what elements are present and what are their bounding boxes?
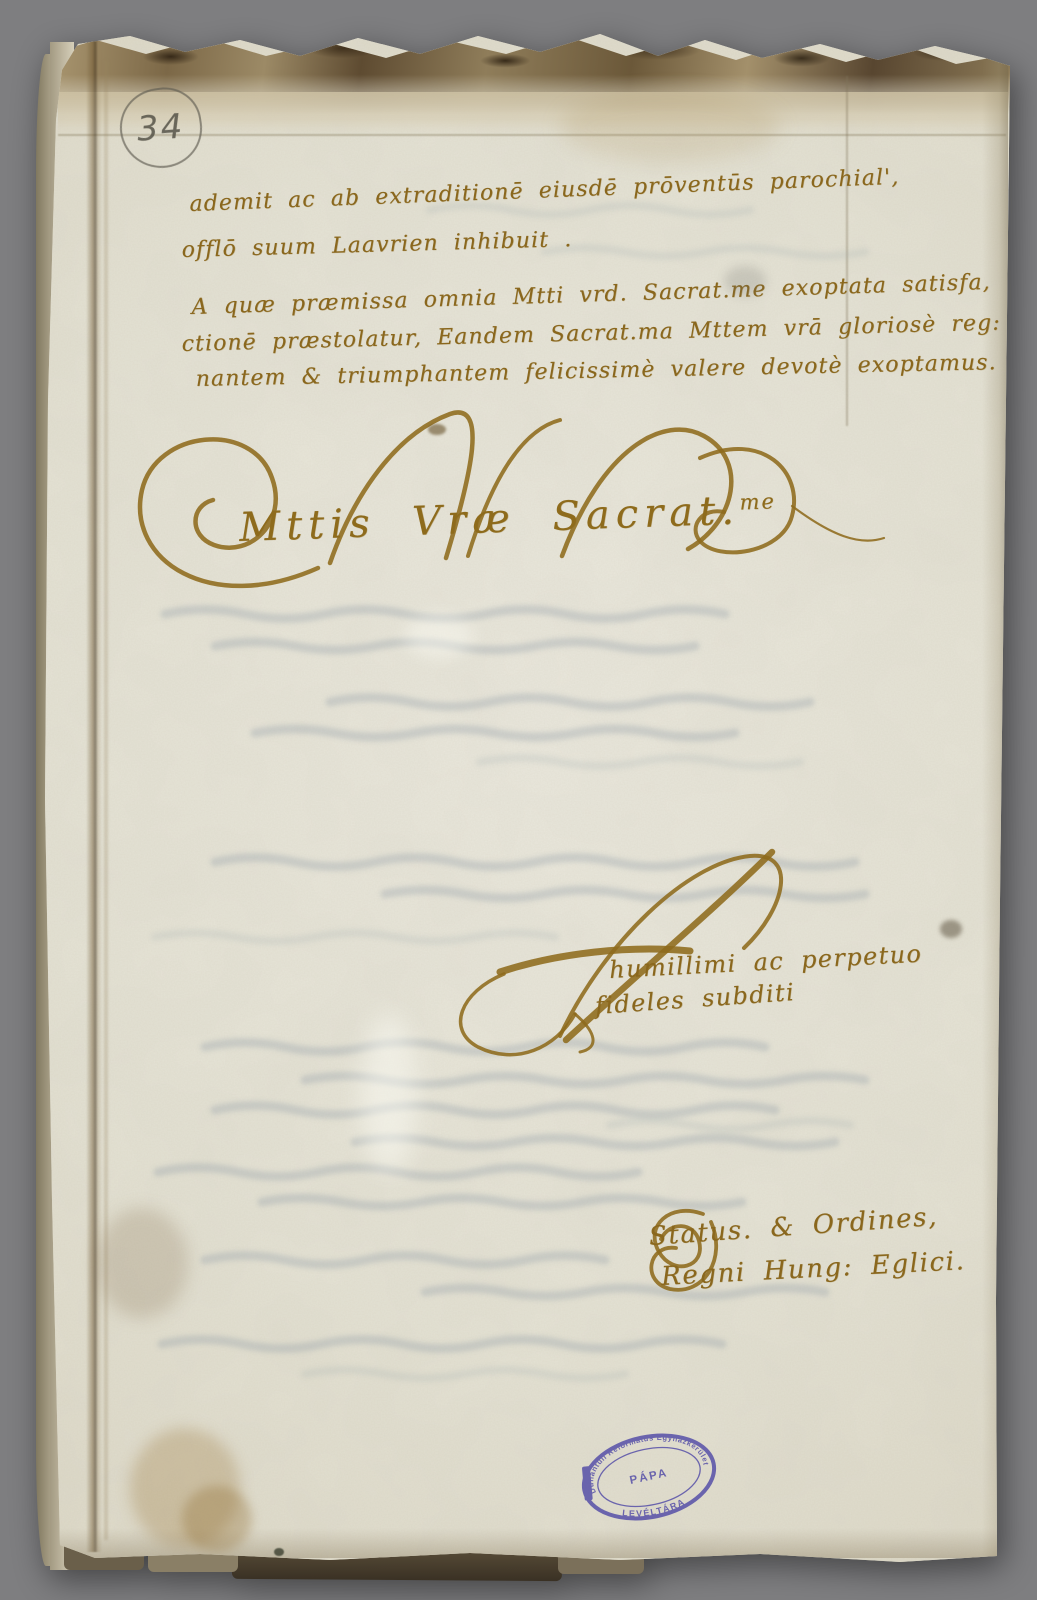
salutation-superscript: me (739, 489, 776, 514)
body-paragraph2-line1: A quæ præmissa omnia Mtti vrd. Sacrat.me… (191, 270, 991, 320)
manuscript-scan-page: { "document": { "archival_number": "34",… (0, 0, 1037, 1600)
scan-background: Dunántúli Református Egyházkerület PÁPA … (0, 0, 1037, 1600)
signature-line2: Regni Hung: Eglici. (660, 1246, 966, 1292)
paper-stack: Dunántúli Református Egyházkerület PÁPA … (0, 0, 1037, 1600)
binding-crease (86, 40, 102, 1552)
bottom-edge-shading (60, 1528, 1000, 1558)
stain (96, 1208, 188, 1318)
body-paragraph2-line3: nantem & triumphantem felicissimè valere… (195, 350, 996, 392)
paper-light-patch (360, 1014, 418, 1174)
stamp-ring-text: Dunántúli Református Egyházkerület (578, 1422, 712, 1496)
stamp-left-mark (582, 1466, 593, 1501)
archival-number: 34 (136, 106, 186, 149)
body-paragraph1-line2: offlō suum Laavrien inhibuit . (181, 227, 572, 263)
salutation-text: Mttis Vræ Sacrat. (238, 488, 740, 551)
manuscript-sheet: Dunántúli Református Egyházkerület PÁPA … (0, 0, 1037, 1600)
salutation-line: Mttis Vræ Sacrat.me (238, 486, 776, 551)
signature-line1: Status. & Ordines, (648, 1202, 939, 1252)
binding-crease-light (104, 60, 108, 1540)
archive-stamp: Dunántúli Református Egyházkerület PÁPA … (574, 1421, 722, 1530)
stamp-center-text: PÁPA (628, 1466, 669, 1487)
stamp-bottom-text: LEVÉLTÁRA (620, 1495, 688, 1524)
body-paragraph1-line1: ademit ac ab extraditionē eiusdē prōvent… (189, 165, 900, 217)
stain (428, 424, 446, 435)
stain (940, 920, 962, 938)
paper-light-patch (404, 614, 474, 658)
subscription-line1: humillimi ac perpetuo (609, 940, 923, 984)
body-paragraph2-line2: ctionē præstolatur, Eandem Sacrat.ma Mtt… (181, 311, 1001, 357)
subscription-line2: fideles subditi (594, 978, 796, 1020)
